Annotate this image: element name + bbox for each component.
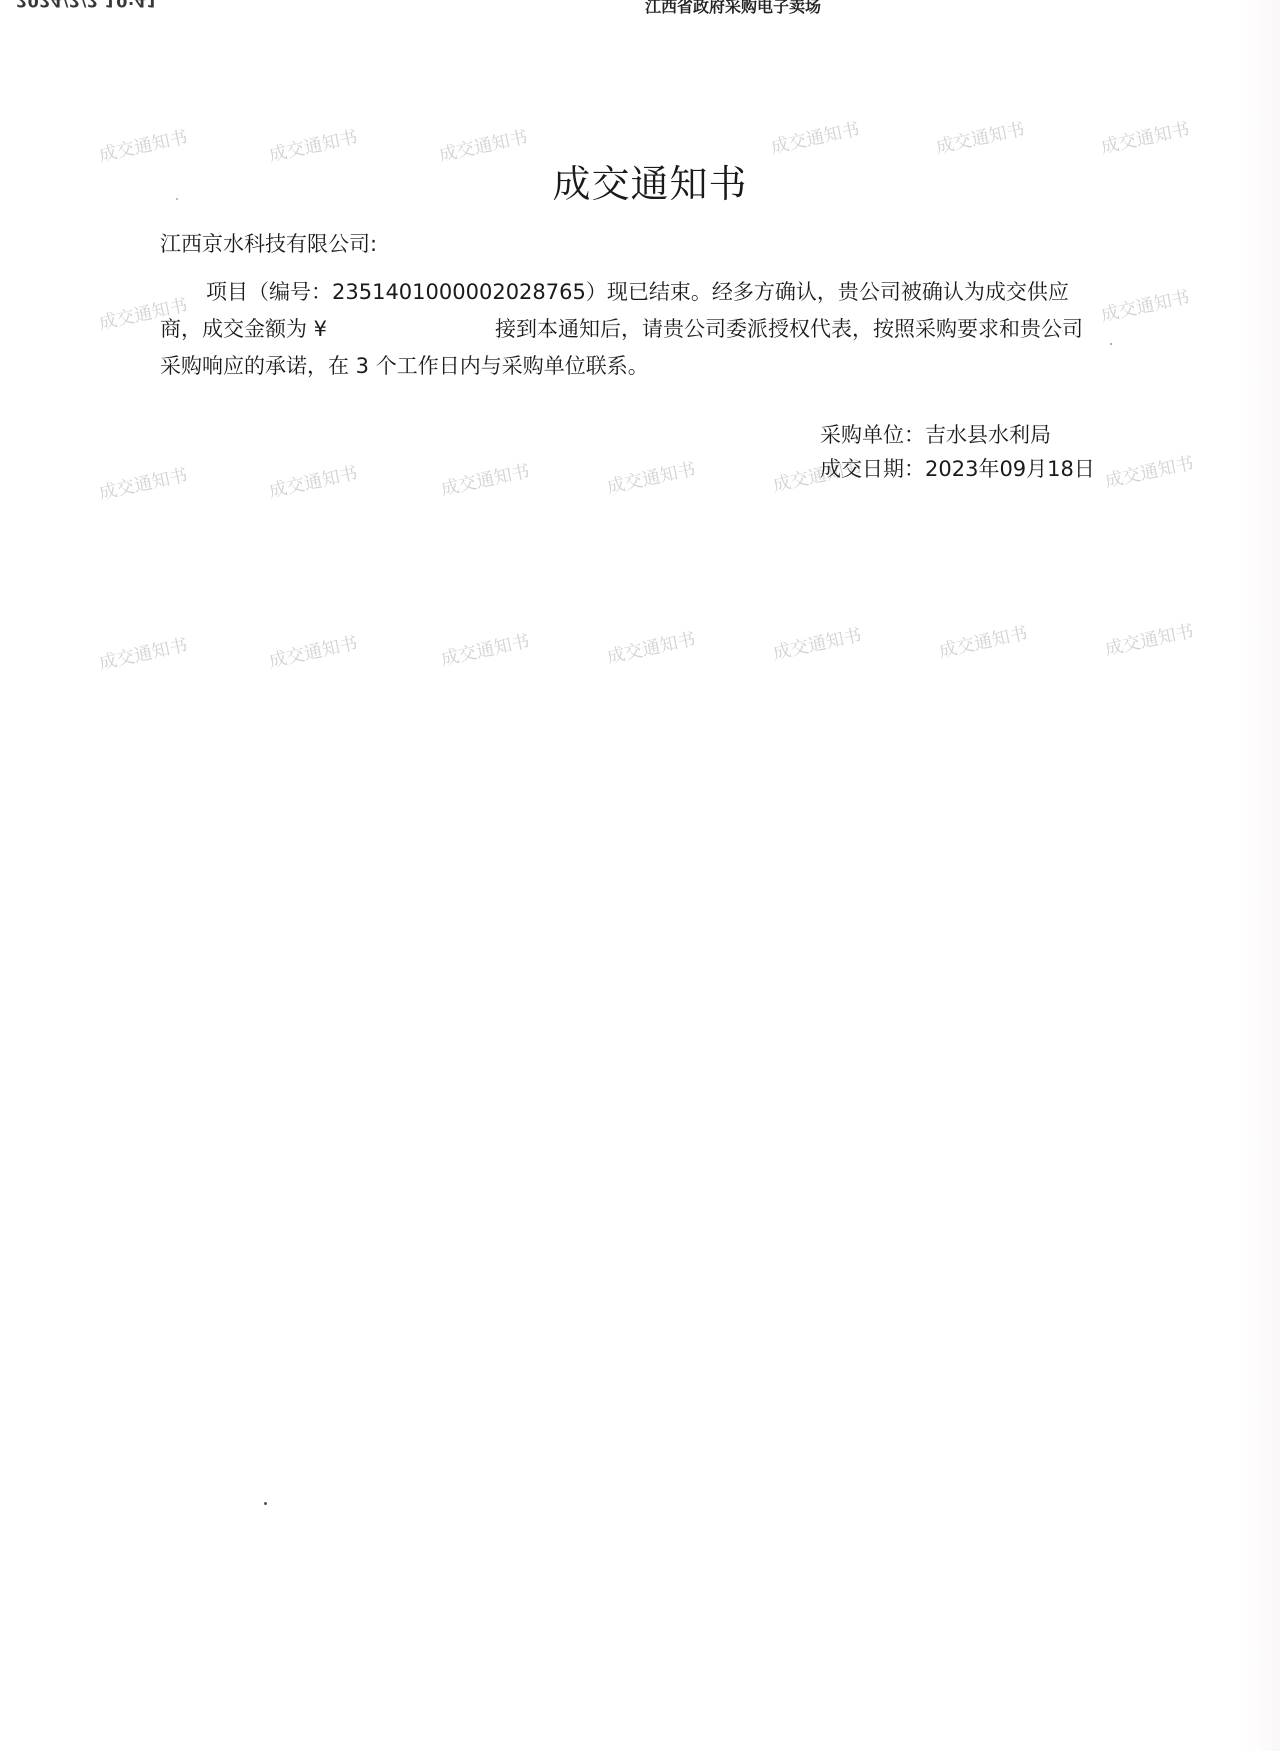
document-page: 2024/2/2 10:41 江西省政府采购电子卖场 成交通知书 成交通知书 成… xyxy=(0,0,1280,1751)
watermark: 成交通知书 xyxy=(438,457,531,501)
scan-speck xyxy=(264,1502,267,1505)
scan-speck xyxy=(1110,343,1112,345)
watermark: 成交通知书 xyxy=(266,629,359,673)
deal-date-label: 成交日期： xyxy=(820,457,925,481)
deal-date-value: 2023年09月18日 xyxy=(925,457,1095,481)
watermark: 成交通知书 xyxy=(770,621,863,665)
watermark: 成交通知书 xyxy=(936,619,1029,663)
watermark: 成交通知书 xyxy=(604,455,697,499)
purchaser-label: 采购单位： xyxy=(820,423,925,447)
redacted-amount xyxy=(327,319,495,341)
body-line-2-continued: 接到本通知后，请贵公司委派授权代表，按照采购要求和贵公司 xyxy=(495,317,1083,341)
addressee: 江西京水科技有限公司: xyxy=(160,228,377,258)
purchaser-value: 吉水县水利局 xyxy=(925,423,1051,447)
watermark: 成交通知书 xyxy=(438,627,531,671)
watermark: 成交通知书 xyxy=(933,115,1026,159)
scan-speck xyxy=(176,198,178,200)
watermark: 成交通知书 xyxy=(768,115,861,159)
watermark: 成交通知书 xyxy=(266,459,359,503)
purchaser-row: 采购单位：吉水县水利局 xyxy=(820,418,1095,452)
watermark: 成交通知书 xyxy=(604,625,697,669)
watermark: 成交通知书 xyxy=(1102,449,1195,493)
print-header-site-name: 江西省政府采购电子卖场 xyxy=(645,0,821,17)
amount-label: 商，成交金额为 ¥ xyxy=(160,317,327,341)
watermark: 成交通知书 xyxy=(96,461,189,505)
body-line-3: 采购响应的承诺，在 3 个工作日内与采购单位联系。 xyxy=(160,348,1120,385)
notice-body: 项目（编号：2351401000002028765）现已结束。经多方确认，贵公司… xyxy=(160,274,1120,385)
body-line-2: 商，成交金额为 ¥接到本通知后，请贵公司委派授权代表，按照采购要求和贵公司 xyxy=(160,311,1120,348)
document-title: 成交通知书 xyxy=(0,153,1280,208)
watermark: 成交通知书 xyxy=(1102,617,1195,661)
signature-block: 采购单位：吉水县水利局 成交日期：2023年09月18日 xyxy=(820,418,1095,486)
print-header-datetime: 2024/2/2 10:41 xyxy=(16,0,158,11)
body-line-1: 项目（编号：2351401000002028765）现已结束。经多方确认，贵公司… xyxy=(160,274,1120,311)
watermark: 成交通知书 xyxy=(1098,115,1191,159)
watermark: 成交通知书 xyxy=(96,631,189,675)
deal-date-row: 成交日期：2023年09月18日 xyxy=(820,452,1095,486)
